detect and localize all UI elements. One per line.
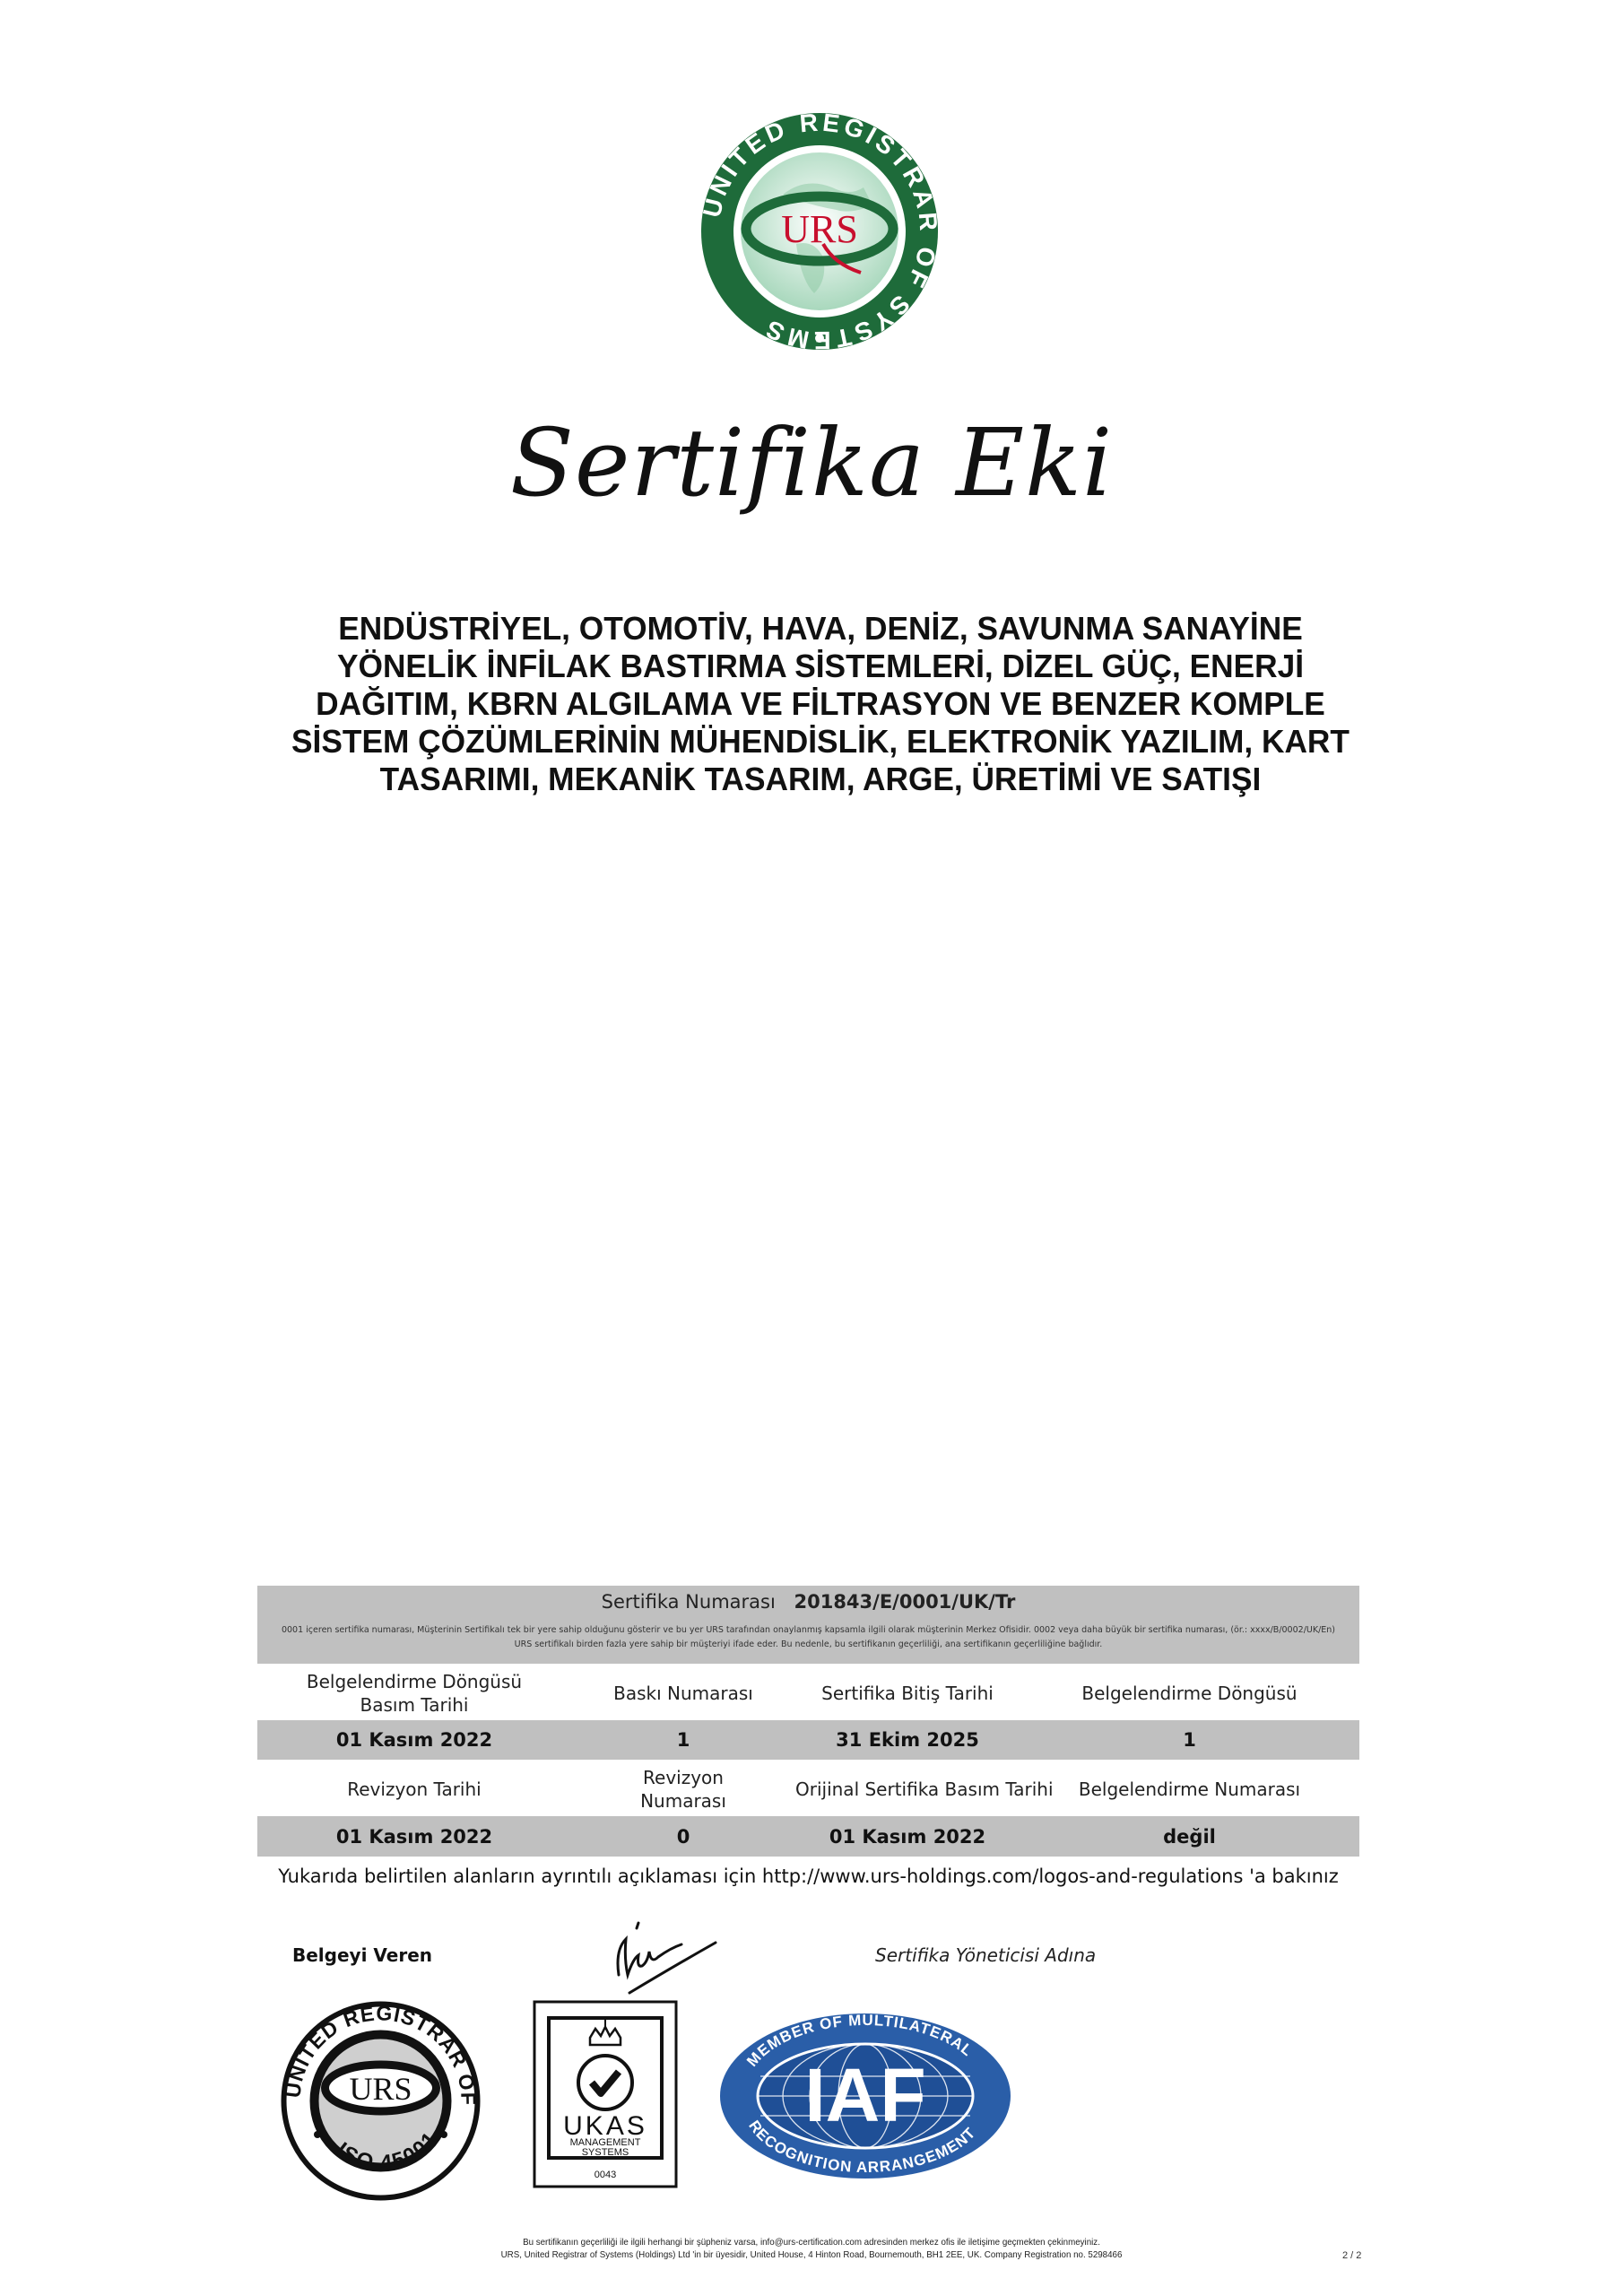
certificate-note-line: 0001 içeren sertifika numarası, Müşterin… [257,1625,1359,1635]
certificate-number-band: Sertifika Numarası 201843/E/0001/UK/Tr 0… [257,1586,1359,1664]
regulations-reference: Yukarıda belirtilen alanların ayrıntılı … [257,1865,1359,1887]
certification-cycle: 1 [1020,1728,1359,1752]
svg-text:URS: URS [781,207,858,251]
svg-text:0043: 0043 [595,2170,616,2180]
document-title: Sertifika Eki [0,408,1623,517]
svg-text:IAF: IAF [804,2053,925,2137]
scope-line: SİSTEM ÇÖZÜMLERİNİN MÜHENDİSLİK, ELEKTRO… [272,723,1370,761]
print-number: 1 [571,1728,795,1752]
iaf-logo: IAF MEMBER OF MULTILATERAL RECOGNITION A… [716,2009,1015,2184]
footer-contact-note: Bu sertifikanın geçerliliği ile ilgili h… [56,2237,1566,2248]
issuer-label: Belgeyi Veren [292,1944,432,1966]
certificate-note-line: URS sertifikalı birden fazla yere sahip … [257,1639,1359,1649]
table-row: 01 Kasım 2022 0 01 Kasım 2022 değil [257,1816,1359,1857]
original-issue-date: 01 Kasım 2022 [795,1825,1020,1848]
svg-text:URS: URS [349,2071,412,2107]
column-label: Belgelendirme Döngüsü Basım Tarihi [257,1670,571,1717]
signature [592,1910,735,2000]
table-header-row: Revizyon Tarihi Revizyon Numarası Orijin… [257,1762,1359,1816]
revision-number: 0 [571,1825,795,1848]
expiry-date: 31 Ekim 2025 [795,1728,1020,1752]
manager-label: Sertifika Yöneticisi Adına [875,1944,1096,1966]
footer-company-info: URS, United Registrar of Systems (Holdin… [56,2249,1566,2260]
scope-line: TASARIMI, MEKANİK TASARIM, ARGE, ÜRETİMİ… [272,761,1370,798]
certificate-number-label: Sertifika Numarası [602,1591,776,1613]
ukas-logo: UKAS MANAGEMENT SYSTEMS 0043 [533,2000,678,2188]
scope-line: DAĞITIM, KBRN ALGILAMA VE FİLTRASYON VE … [272,685,1370,723]
revision-date: 01 Kasım 2022 [257,1825,571,1848]
column-label: Belgelendirme Döngüsü [1020,1682,1359,1705]
column-label: Orijinal Sertifika Basım Tarihi [795,1778,1020,1801]
certification-number: değil [1020,1825,1359,1848]
scope-line: ENDÜSTRİYEL, OTOMOTİV, HAVA, DENİZ, SAVU… [272,610,1370,648]
cycle-issue-date: 01 Kasım 2022 [257,1728,571,1752]
column-label: Revizyon Numarası [571,1766,795,1813]
column-label: Sertifika Bitiş Tarihi [795,1682,1020,1705]
svg-text:SYSTEMS: SYSTEMS [582,2147,629,2158]
table-row: 01 Kasım 2022 1 31 Ekim 2025 1 [257,1720,1359,1760]
column-label: Belgelendirme Numarası [1020,1778,1359,1801]
page-number: 2 / 2 [1342,2250,1361,2261]
table-header-row: Belgelendirme Döngüsü Basım Tarihi Baskı… [257,1666,1359,1720]
urs-logo-top: UNITED REGISTRAR OF SYSTEMS URS [698,109,942,353]
column-label: Revizyon Tarihi [257,1778,571,1801]
column-label: Baskı Numarası [571,1682,795,1705]
certificate-number-value: 201843/E/0001/UK/Tr [794,1591,1015,1613]
certification-scope: ENDÜSTRİYEL, OTOMOTİV, HAVA, DENİZ, SAVU… [272,610,1370,798]
urs-iso45001-logo: UNITED REGISTRAR OF SYSTEMS ISO 45001 UR… [280,2000,482,2202]
scope-line: YÖNELİK İNFİLAK BASTIRMA SİSTEMLERİ, DİZ… [272,648,1370,685]
